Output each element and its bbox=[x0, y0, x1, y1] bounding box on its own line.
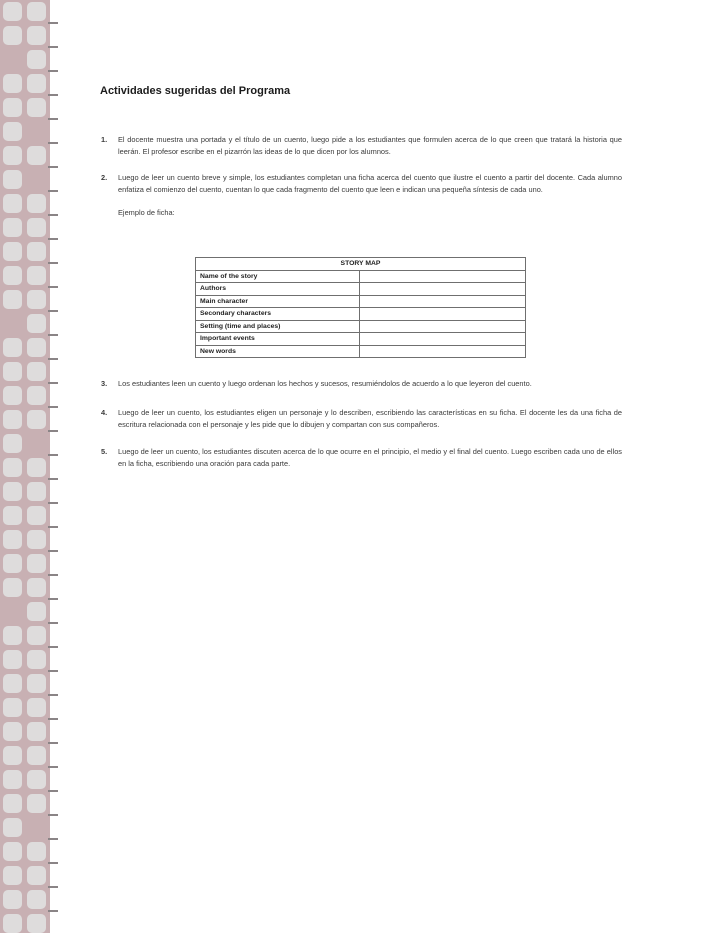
decor-square bbox=[27, 530, 46, 549]
item-number: 1. bbox=[101, 134, 107, 146]
decor-square bbox=[27, 146, 46, 165]
decor-square bbox=[27, 626, 46, 645]
decor-square bbox=[27, 866, 46, 885]
decor-square bbox=[27, 674, 46, 693]
decor-tick bbox=[48, 694, 58, 696]
item-text: Los estudiantes leen un cuento y luego o… bbox=[118, 379, 532, 388]
story-map-field-value bbox=[360, 308, 526, 321]
decor-square bbox=[3, 842, 22, 861]
decor-square bbox=[3, 578, 22, 597]
decor-tick bbox=[48, 286, 58, 288]
story-map-field-value bbox=[360, 333, 526, 346]
decor-tick bbox=[48, 262, 58, 264]
story-map-field-label: Main character bbox=[196, 295, 360, 308]
decor-tick bbox=[48, 358, 58, 360]
story-map-field-value bbox=[360, 345, 526, 358]
decor-square bbox=[27, 770, 46, 789]
story-map-row: Main character bbox=[196, 295, 526, 308]
decor-tick bbox=[48, 838, 58, 840]
decor-tick bbox=[48, 742, 58, 744]
decor-tick bbox=[48, 814, 58, 816]
decor-square bbox=[3, 98, 22, 117]
decor-square bbox=[27, 698, 46, 717]
decor-square bbox=[3, 818, 22, 837]
decor-tick bbox=[48, 310, 58, 312]
item-number: 3. bbox=[101, 378, 107, 390]
story-map-header: STORY MAP bbox=[196, 258, 526, 271]
decor-square bbox=[3, 746, 22, 765]
decor-tick bbox=[48, 790, 58, 792]
decor-square bbox=[27, 722, 46, 741]
story-map-row: Important events bbox=[196, 333, 526, 346]
decor-square bbox=[3, 170, 22, 189]
decor-square bbox=[3, 722, 22, 741]
decor-square bbox=[3, 866, 22, 885]
decor-square bbox=[3, 770, 22, 789]
story-map-field-value bbox=[360, 270, 526, 283]
story-map-row: New words bbox=[196, 345, 526, 358]
decor-tick bbox=[48, 502, 58, 504]
decor-tick bbox=[48, 718, 58, 720]
decor-square bbox=[3, 626, 22, 645]
activities-list: 1. El docente muestra una portada y el t… bbox=[98, 134, 622, 196]
list-item: 5. Luego de leer un cuento, los estudian… bbox=[98, 446, 622, 470]
decor-square bbox=[27, 314, 46, 333]
decor-tick bbox=[48, 382, 58, 384]
story-map-field-label: Important events bbox=[196, 333, 360, 346]
decor-square bbox=[27, 98, 46, 117]
story-map-row: Setting (time and places) bbox=[196, 320, 526, 333]
decor-square bbox=[27, 746, 46, 765]
decor-tick bbox=[48, 94, 58, 96]
decor-square bbox=[27, 50, 46, 69]
decor-square bbox=[3, 242, 22, 261]
list-item: 1. El docente muestra una portada y el t… bbox=[98, 134, 622, 158]
decor-square bbox=[3, 674, 22, 693]
decor-tick bbox=[48, 190, 58, 192]
decor-square bbox=[27, 242, 46, 261]
decor-square bbox=[27, 578, 46, 597]
decor-square bbox=[3, 266, 22, 285]
decor-square bbox=[27, 74, 46, 93]
decor-square bbox=[3, 386, 22, 405]
decor-square bbox=[27, 914, 46, 933]
decor-tick bbox=[48, 142, 58, 144]
story-map-field-label: Authors bbox=[196, 283, 360, 296]
story-map-field-value bbox=[360, 283, 526, 296]
story-map-row: Secondary characters bbox=[196, 308, 526, 321]
decor-square bbox=[3, 530, 22, 549]
decor-square bbox=[3, 362, 22, 381]
list-item: 4. Luego de leer un cuento, los estudian… bbox=[98, 407, 622, 431]
decor-square bbox=[3, 506, 22, 525]
decor-square bbox=[27, 266, 46, 285]
story-map-table: STORY MAP Name of the storyAuthorsMain c… bbox=[195, 257, 526, 358]
decor-square bbox=[3, 146, 22, 165]
decor-square bbox=[3, 794, 22, 813]
decor-square bbox=[3, 650, 22, 669]
decor-square bbox=[3, 194, 22, 213]
decor-square bbox=[27, 410, 46, 429]
decor-square bbox=[3, 410, 22, 429]
decor-square bbox=[27, 26, 46, 45]
decor-tick bbox=[48, 334, 58, 336]
decor-square bbox=[3, 890, 22, 909]
decor-square bbox=[27, 554, 46, 573]
decor-square bbox=[27, 362, 46, 381]
decor-tick bbox=[48, 550, 58, 552]
decor-square bbox=[3, 290, 22, 309]
decor-tick bbox=[48, 910, 58, 912]
example-label: Ejemplo de ficha: bbox=[118, 208, 622, 217]
decor-square bbox=[27, 794, 46, 813]
decor-square bbox=[27, 842, 46, 861]
item-text: Luego de leer un cuento, los estudiantes… bbox=[118, 408, 622, 429]
decor-square bbox=[3, 26, 22, 45]
decor-tick bbox=[48, 478, 58, 480]
decor-tick bbox=[48, 622, 58, 624]
list-item: 3. Los estudiantes leen un cuento y lueg… bbox=[98, 378, 622, 390]
story-map-field-label: Setting (time and places) bbox=[196, 320, 360, 333]
decor-tick bbox=[48, 238, 58, 240]
item-text: Luego de leer un cuento breve y simple, … bbox=[118, 173, 622, 194]
decor-square bbox=[3, 698, 22, 717]
decor-square bbox=[27, 506, 46, 525]
decor-tick bbox=[48, 646, 58, 648]
decor-square bbox=[3, 458, 22, 477]
decor-square bbox=[3, 434, 22, 453]
decor-square bbox=[27, 2, 46, 21]
decor-square bbox=[27, 218, 46, 237]
decor-square bbox=[3, 554, 22, 573]
decor-square bbox=[27, 650, 46, 669]
decor-square bbox=[27, 890, 46, 909]
decor-square bbox=[3, 914, 22, 933]
story-map-field-label: Name of the story bbox=[196, 270, 360, 283]
item-number: 2. bbox=[101, 172, 107, 184]
decor-square bbox=[27, 482, 46, 501]
decor-square bbox=[27, 338, 46, 357]
item-text: Luego de leer un cuento, los estudiantes… bbox=[118, 447, 622, 468]
decor-tick bbox=[48, 886, 58, 888]
decor-tick bbox=[48, 22, 58, 24]
story-map-field-label: New words bbox=[196, 345, 360, 358]
document-page: Actividades sugeridas del Programa 1. El… bbox=[98, 80, 622, 217]
decor-square bbox=[3, 218, 22, 237]
activities-list-continued: 3. Los estudiantes leen un cuento y lueg… bbox=[98, 378, 622, 470]
story-map-field-value bbox=[360, 295, 526, 308]
story-map-row: Name of the story bbox=[196, 270, 526, 283]
decor-tick bbox=[48, 70, 58, 72]
decor-square bbox=[27, 194, 46, 213]
decor-tick bbox=[48, 166, 58, 168]
item-text: El docente muestra una portada y el títu… bbox=[118, 135, 622, 156]
item-number: 4. bbox=[101, 407, 107, 419]
decor-tick bbox=[48, 670, 58, 672]
decor-square bbox=[27, 458, 46, 477]
list-item: 2. Luego de leer un cuento breve y simpl… bbox=[98, 172, 622, 196]
decor-tick bbox=[48, 454, 58, 456]
decor-tick bbox=[48, 406, 58, 408]
decor-square bbox=[3, 122, 22, 141]
decor-square bbox=[3, 2, 22, 21]
decor-tick bbox=[48, 118, 58, 120]
decor-tick bbox=[48, 574, 58, 576]
decor-square bbox=[27, 386, 46, 405]
story-map-field-value bbox=[360, 320, 526, 333]
decor-tick bbox=[48, 430, 58, 432]
decor-tick bbox=[48, 766, 58, 768]
page-title: Actividades sugeridas del Programa bbox=[100, 85, 622, 97]
decor-tick bbox=[48, 526, 58, 528]
decor-square bbox=[27, 602, 46, 621]
decor-tick bbox=[48, 46, 58, 48]
item-number: 5. bbox=[101, 446, 107, 458]
decor-tick bbox=[48, 862, 58, 864]
decor-square bbox=[3, 338, 22, 357]
decor-square bbox=[3, 482, 22, 501]
decor-tick bbox=[48, 598, 58, 600]
decor-tick bbox=[48, 214, 58, 216]
decor-square bbox=[27, 290, 46, 309]
decor-square bbox=[3, 74, 22, 93]
decorative-side-strip bbox=[0, 0, 50, 933]
story-map-field-label: Secondary characters bbox=[196, 308, 360, 321]
story-map-row: Authors bbox=[196, 283, 526, 296]
